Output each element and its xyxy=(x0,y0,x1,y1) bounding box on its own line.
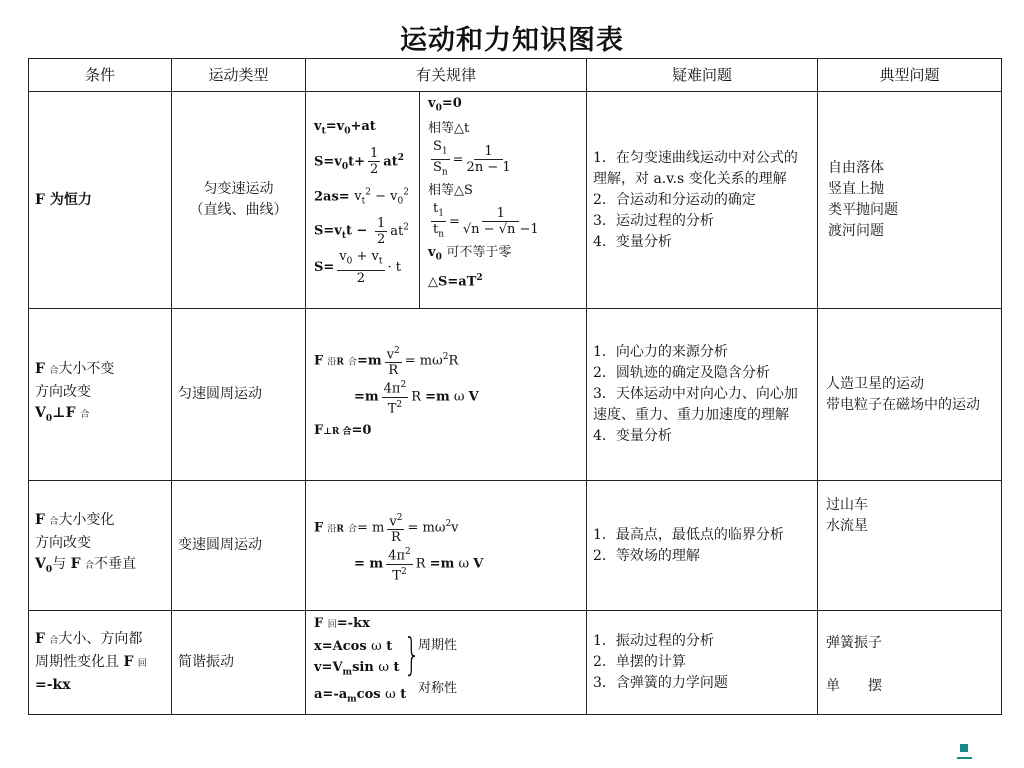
row2-condition: F 合大小不变 方向改变 V0⊥F 合 xyxy=(28,309,172,481)
typical-item: 类平抛问题 xyxy=(828,200,1001,221)
formula: =m4π2T2R =m ω V xyxy=(314,378,586,416)
motion-type-line: 变速圆周运动 xyxy=(178,535,305,556)
condition-line: F 为恒力 xyxy=(35,190,171,211)
motion-type-line: （直线、曲线） xyxy=(190,200,288,221)
difficulty-item: 3．含弹簧的力学问题 xyxy=(593,673,817,694)
condition-line: F 合大小、方向都 xyxy=(35,629,171,652)
difficulty-item: 1．向心力的来源分析 xyxy=(593,342,811,363)
typical-item: 竖直上抛 xyxy=(828,179,1001,200)
header-difficulties: 疑难问题 xyxy=(587,58,818,92)
formula: F 沿R 合= mv2R= mω2v xyxy=(314,508,586,545)
laws-shm: F 回=-kx x=Acos ω t v=Vmsin ω t a=-amcos … xyxy=(314,613,406,710)
formula: = m4π2T2R =m ω V xyxy=(314,545,586,583)
page-marker-underline xyxy=(957,757,972,759)
formula: S=v0t+12at2 xyxy=(314,145,419,180)
formula: 相等△S xyxy=(428,181,583,201)
difficulty-item: 1．振动过程的分析 xyxy=(593,631,817,652)
laws-special: v0=0 相等△t S1Sn= 1 2n − 1 相等△S t1tn= 1 √n… xyxy=(428,94,583,292)
laws-general: vt=v0+at S=v0t+12at2 2as= vt2 − v02 S=vt… xyxy=(306,92,420,308)
condition-line: F 合大小变化 xyxy=(35,510,171,533)
header-laws: 有关规律 xyxy=(306,58,587,92)
row1-condition: F 为恒力 xyxy=(28,92,172,309)
difficulty-item: 2．圆轨迹的确定及隐含分析 xyxy=(593,363,811,384)
row2-motion-type: 匀速圆周运动 xyxy=(172,309,306,481)
difficulty-item: 1．最高点，最低点的临界分析 xyxy=(593,525,811,546)
condition-line: 周期性变化且 F 回 xyxy=(35,652,171,675)
row1-laws: vt=v0+at S=v0t+12at2 2as= vt2 − v02 S=vt… xyxy=(306,92,587,309)
typical-item: 过山车 xyxy=(826,495,1001,516)
difficulty-item: 4．变量分析 xyxy=(593,232,811,253)
row4-motion-type: 简谐振动 xyxy=(172,611,306,715)
typical-item: 单 摆 xyxy=(826,676,1001,697)
page-marker-icon[interactable] xyxy=(960,744,968,752)
formula: F 沿R 合=mv2R= mω2R xyxy=(314,342,586,378)
formula: △S=aT2 xyxy=(428,268,583,292)
brace-label: 对称性 xyxy=(418,678,457,699)
typical-item: 人造卫星的运动 xyxy=(826,374,997,395)
formula: vt=v0+at xyxy=(314,114,419,145)
header-motion-type: 运动类型 xyxy=(172,58,306,92)
formula: F 回=-kx xyxy=(314,613,406,636)
typical-item: 水流星 xyxy=(826,516,1001,537)
difficulty-item: 2．等效场的理解 xyxy=(593,546,811,567)
formula: x=Acos ω t xyxy=(314,636,406,657)
condition-line: =-kx xyxy=(35,675,171,696)
difficulty-item: 1．在匀变速曲线运动中对公式的理解，对 a.v.s 变化关系的理解 xyxy=(593,148,811,190)
formula: a=-amcos ω t xyxy=(314,684,406,711)
row4-condition: F 合大小、方向都 周期性变化且 F 回 =-kx xyxy=(28,611,172,715)
typical-item: 弹簧振子 xyxy=(826,633,1001,654)
formula: v0 可不等于零 xyxy=(428,243,583,268)
formula: v0=0 xyxy=(428,94,583,119)
row3-motion-type: 变速圆周运动 xyxy=(172,481,306,611)
difficulty-item: 3．运动过程的分析 xyxy=(593,211,811,232)
row1-typical: 自由落体 竖直上抛 类平抛问题 渡河问题 xyxy=(818,92,1002,309)
row2-difficulties: 1．向心力的来源分析 2．圆轨迹的确定及隐含分析 3．天体运动中对向心力、向心加… xyxy=(587,309,818,481)
typical-item: 渡河问题 xyxy=(828,221,1001,242)
row3-laws: F 沿R 合= mv2R= mω2v = m4π2T2R =m ω V xyxy=(306,481,587,611)
typical-item: 带电粒子在磁场中的运动 xyxy=(826,395,997,416)
formula: 相等△t xyxy=(428,119,583,139)
motion-type-line: 匀速圆周运动 xyxy=(178,384,305,405)
condition-line: 方向改变 xyxy=(35,382,171,403)
difficulty-item: 3．天体运动中对向心力、向心加速度、重力、重力加速度的理解 xyxy=(593,384,811,426)
formula: F⊥R 合=0 xyxy=(314,416,586,447)
condition-line: 方向改变 xyxy=(35,533,171,554)
condition-line: V0⊥F 合 xyxy=(35,403,171,430)
condition-line: F 合大小不变 xyxy=(35,359,171,382)
motion-type-line: 匀变速运动 xyxy=(204,179,274,200)
difficulty-item: 2．合运动和分运动的确定 xyxy=(593,190,811,211)
formula: S=vtt − 12at2 xyxy=(314,214,419,249)
formula: t1tn= 1 √n − √n −1 xyxy=(428,201,583,243)
header-condition: 条件 xyxy=(28,58,172,92)
row4-difficulties: 1．振动过程的分析 2．单摆的计算 3．含弹簧的力学问题 xyxy=(587,611,818,715)
row2-typical: 人造卫星的运动 带电粒子在磁场中的运动 xyxy=(818,309,1002,481)
formula: 2as= vt2 − v02 xyxy=(314,180,419,215)
row3-typical: 过山车 水流星 xyxy=(818,481,1002,611)
header-typical: 典型问题 xyxy=(818,58,1002,92)
brace-label: 周期性 xyxy=(418,635,457,656)
condition-line: V0与 F 合不垂直 xyxy=(35,554,171,581)
page-title: 运动和力知识图表 xyxy=(0,18,1024,57)
formula: S=v0 + vt2· t xyxy=(314,249,419,286)
formula: S1Sn= 1 2n − 1 xyxy=(428,139,583,181)
row1-difficulties: 1．在匀变速曲线运动中对公式的理解，对 a.v.s 变化关系的理解 2．合运动和… xyxy=(587,92,818,309)
row2-laws: F 沿R 合=mv2R= mω2R =m4π2T2R =m ω V F⊥R 合=… xyxy=(306,309,587,481)
formula: v=Vmsin ω t xyxy=(314,657,406,684)
row4-typical: 弹簧振子 单 摆 xyxy=(818,611,1002,715)
row3-difficulties: 1．最高点，最低点的临界分析 2．等效场的理解 xyxy=(587,481,818,611)
typical-item: 自由落体 xyxy=(828,158,1001,179)
motion-type-line: 简谐振动 xyxy=(178,652,305,673)
row1-motion-type: 匀变速运动 （直线、曲线） xyxy=(172,92,306,309)
row4-laws: F 回=-kx x=Acos ω t v=Vmsin ω t a=-amcos … xyxy=(306,611,587,715)
difficulty-item: 4．变量分析 xyxy=(593,426,811,447)
difficulty-item: 2．单摆的计算 xyxy=(593,652,817,673)
row3-condition: F 合大小变化 方向改变 V0与 F 合不垂直 xyxy=(28,481,172,611)
